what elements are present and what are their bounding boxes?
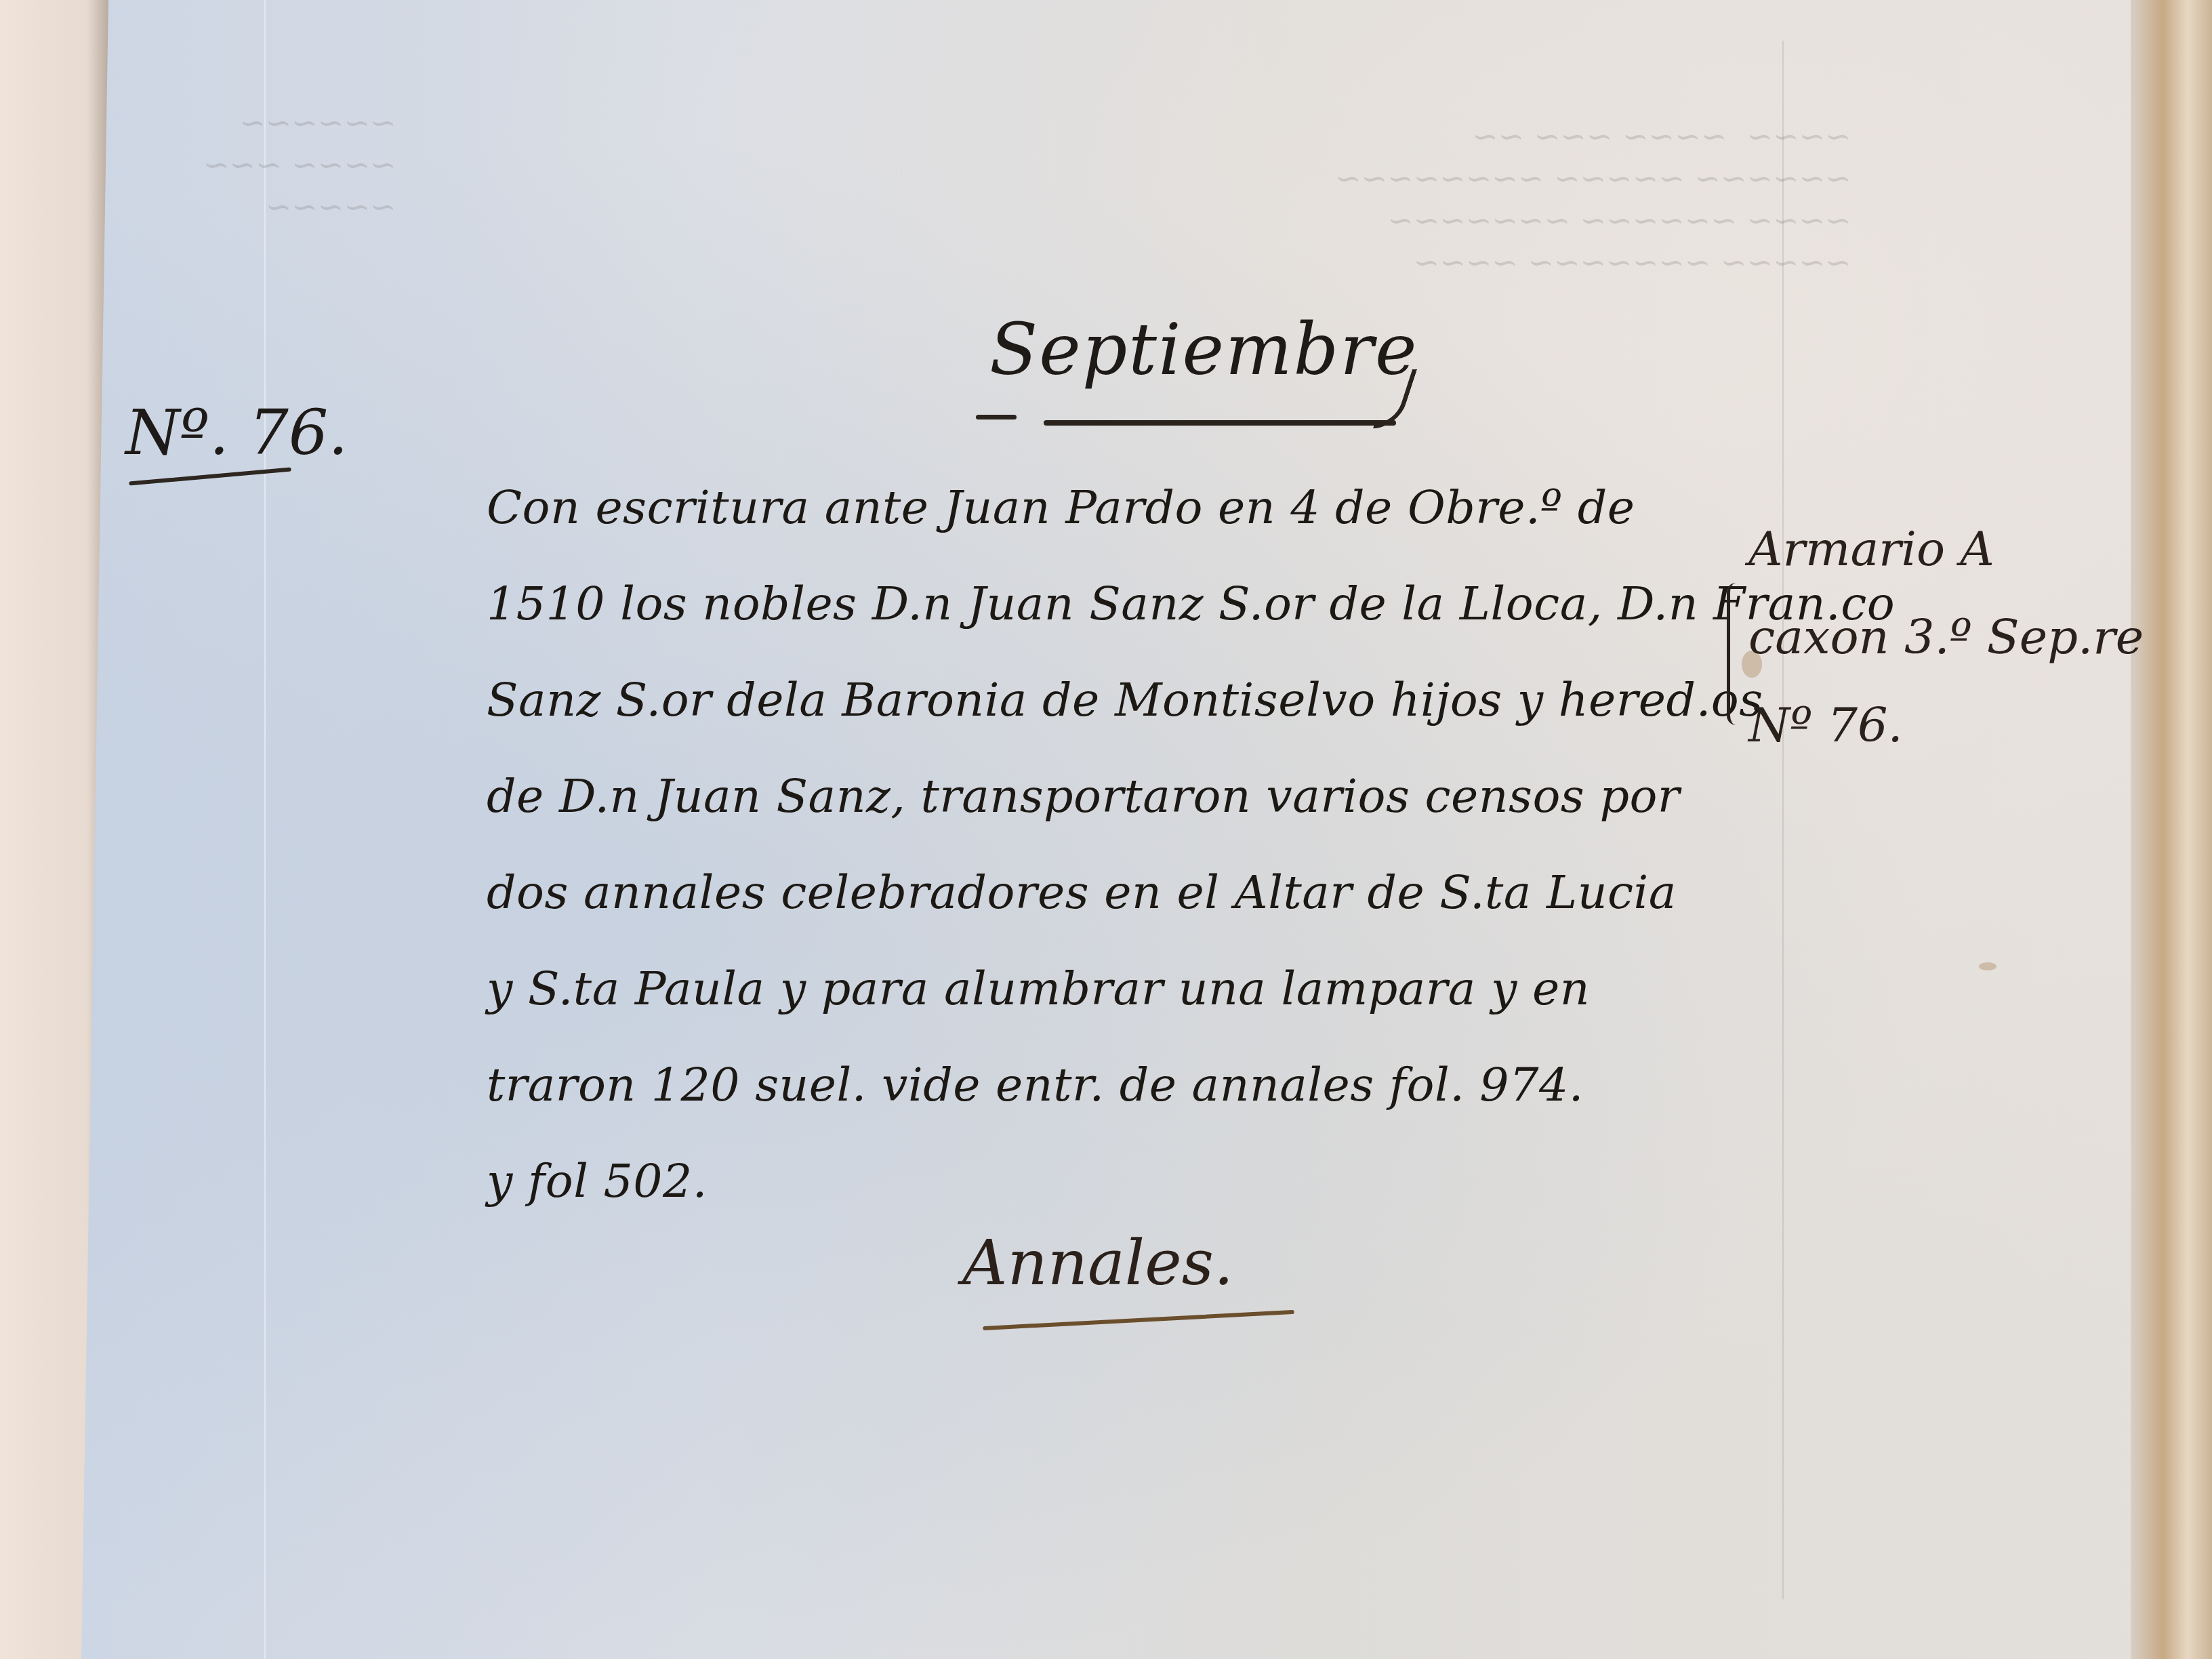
marginal-line-caxon: caxon 3.º Sep.re [1748, 593, 2144, 681]
marginal-line-number: Nº 76. [1748, 681, 2144, 769]
heading-underline [1044, 420, 1396, 426]
entry-number: Nº. 76. [125, 396, 348, 469]
marginal-line-armario: Armario A [1748, 505, 2144, 593]
body-line: de D.n Juan Sanz, transportaron varios c… [487, 763, 1895, 859]
page-edge-stack [2131, 0, 2212, 1659]
marginal-note: Armario A caxon 3.º Sep.re Nº 76. [1748, 505, 2144, 769]
marginal-bracket [1727, 583, 1748, 725]
body-line: y S.ta Paula y para alumbrar una lampara… [487, 956, 1895, 1052]
body-line: Con escritura ante Juan Pardo en 4 de Ob… [487, 474, 1895, 571]
body-line: Sanz S.or dela Baronia de Montiselvo hij… [487, 667, 1895, 763]
entry-body: Con escritura ante Juan Pardo en 4 de Ob… [487, 474, 1895, 1244]
body-line: traron 120 suel. vide entr. de annales f… [487, 1052, 1895, 1148]
show-through-text-left: ~~~~~~ ~~~~ ~~~ ~~~~~ [203, 102, 396, 228]
section-label: Annales. [962, 1227, 1233, 1299]
body-line: 1510 los nobles D.n Juan Sanz S.or de la… [487, 571, 1895, 667]
show-through-text: ~~~~ ~~~~ ~~~ ~~ ~~~~~~ ~~~~~ ~~~~~~~~ ~… [1335, 115, 1851, 283]
month-heading: Septiembre [989, 308, 1418, 391]
body-line: dos annales celebradores en el Altar de … [487, 859, 1895, 956]
page-fold-line [264, 0, 266, 1659]
heading-dash [976, 415, 1017, 419]
foxing-stain [1979, 962, 1996, 970]
